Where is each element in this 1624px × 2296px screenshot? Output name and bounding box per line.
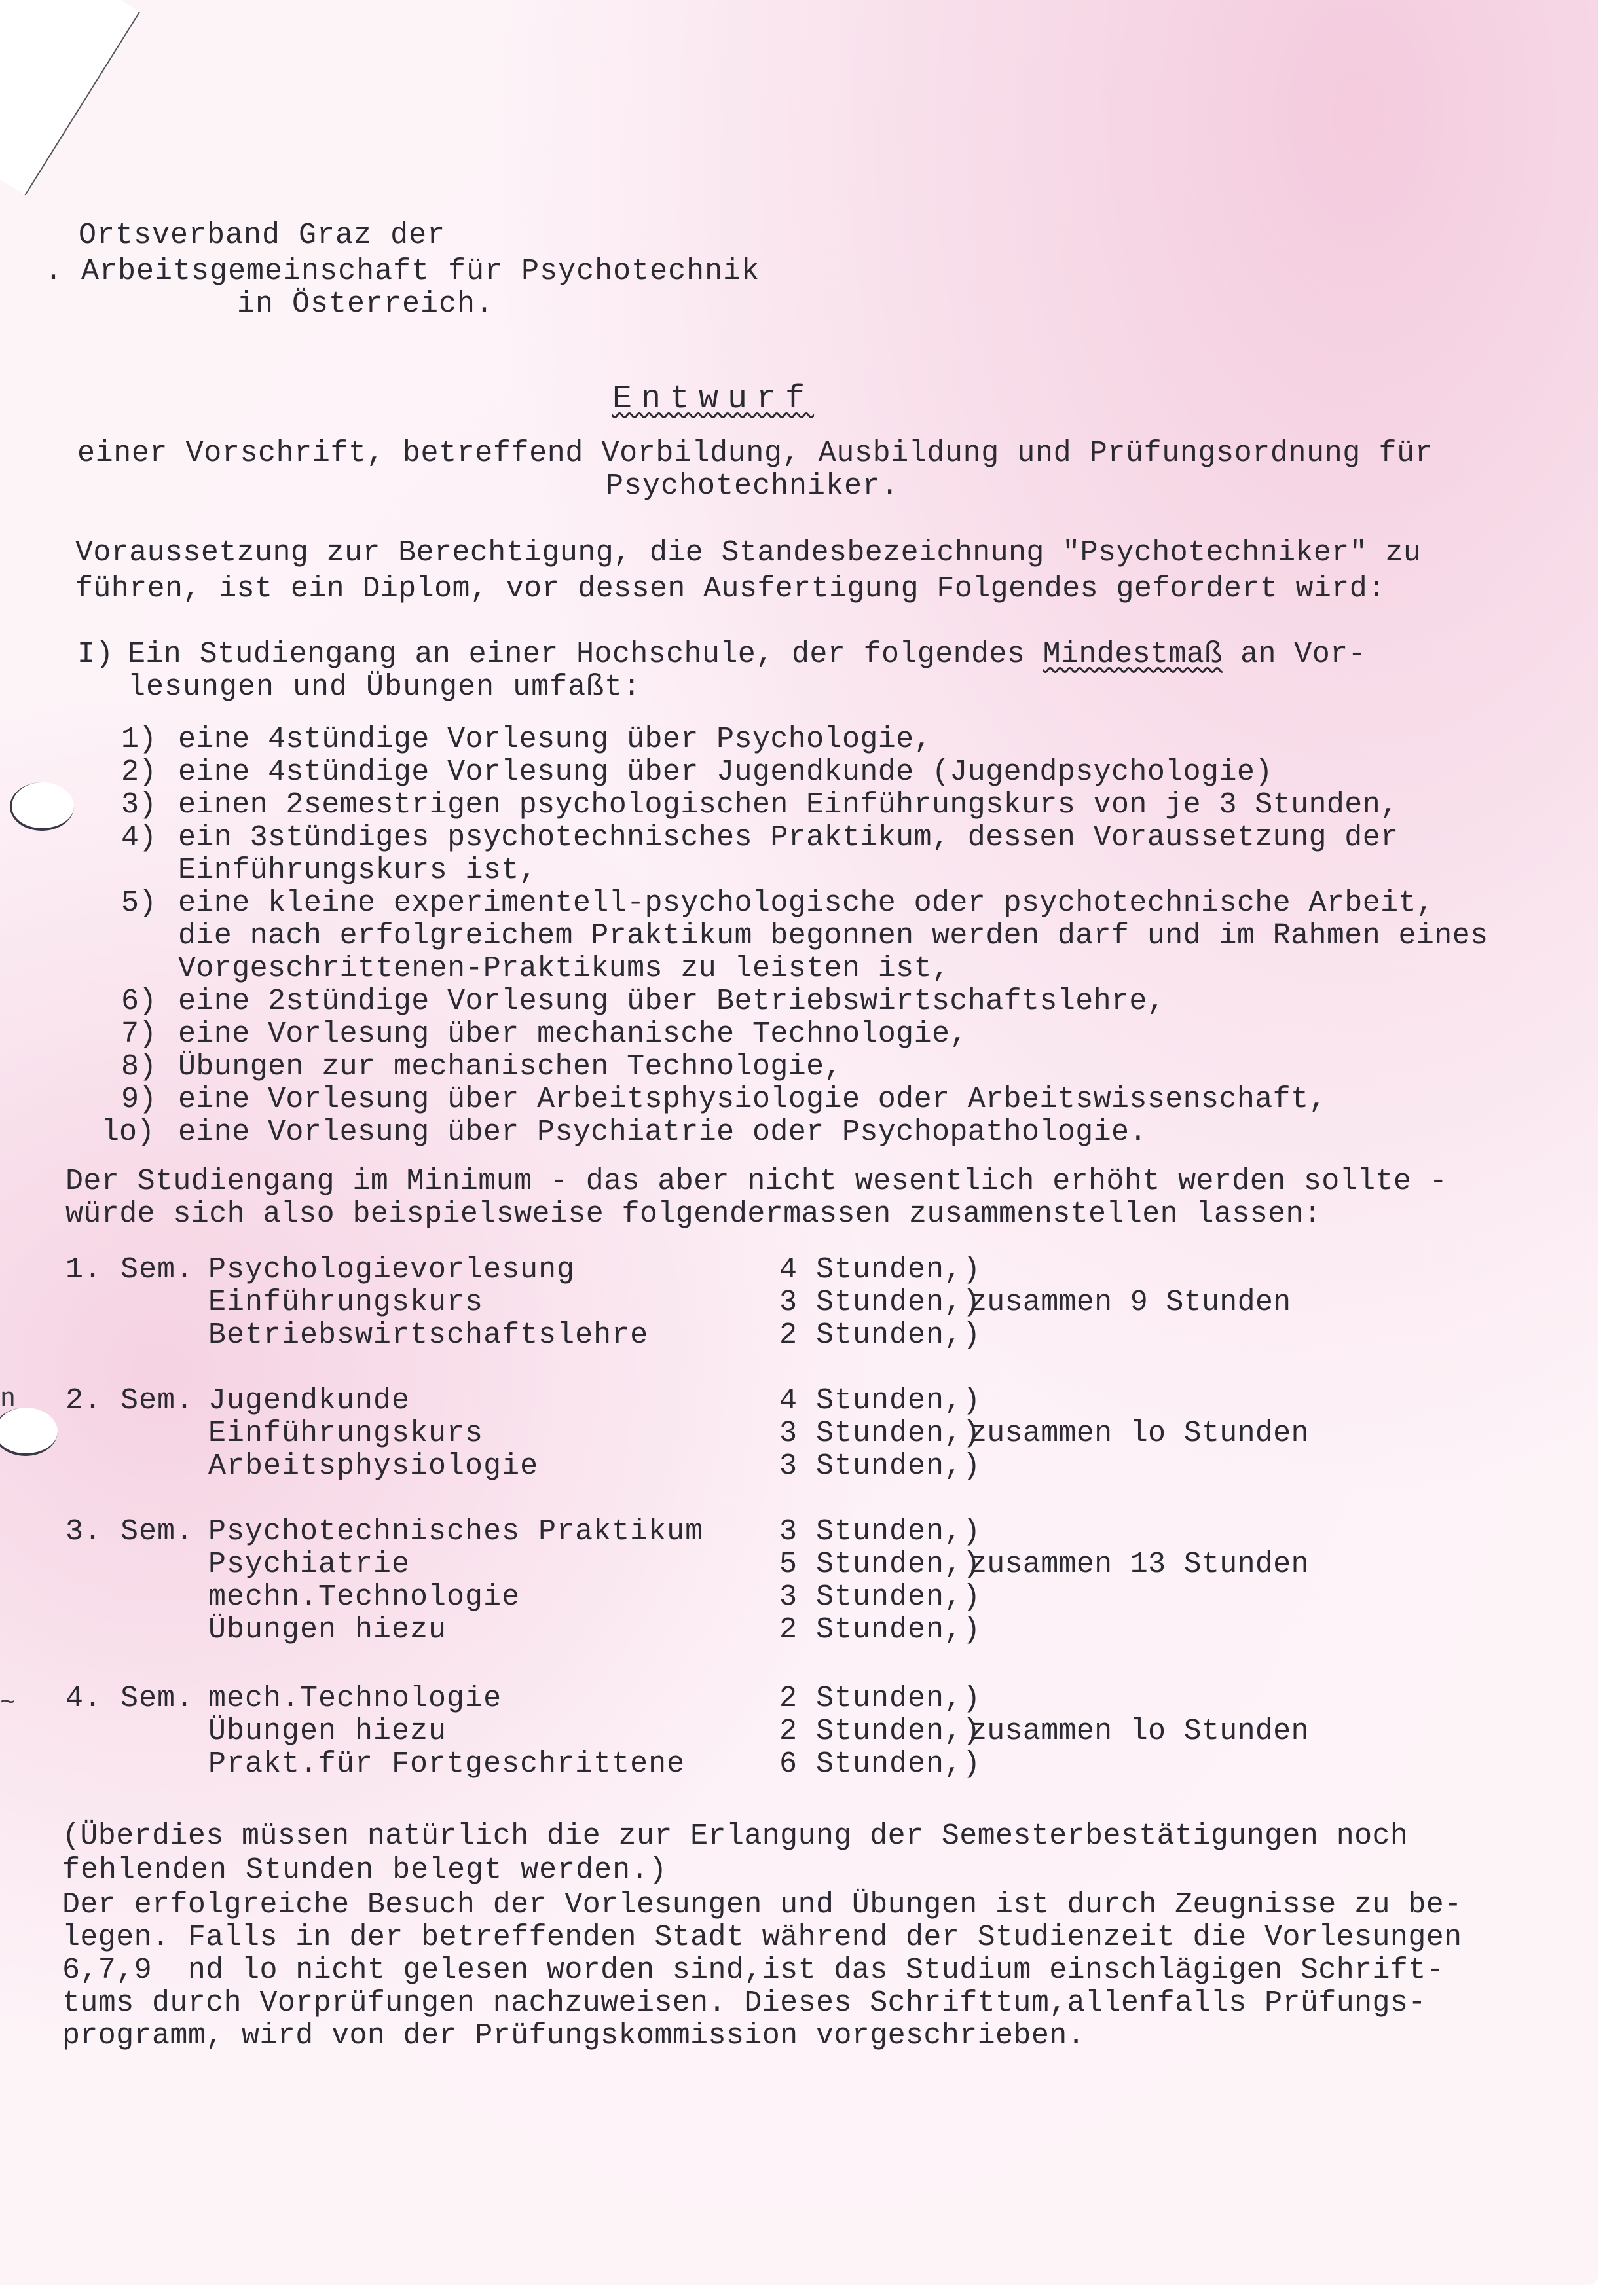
- list-item-number: 8): [121, 1051, 157, 1084]
- intro-line: Voraussetzung zur Berechtigung, die Stan…: [75, 537, 1421, 570]
- title-heading: Entwurf: [612, 383, 814, 416]
- course-name: Übungen hiezu: [208, 1614, 447, 1647]
- margin-mark: n: [0, 1385, 16, 1414]
- semester-total: zusammen lo Stunden: [969, 1417, 1309, 1450]
- title-subtitle: einer Vorschrift, betreffend Vorbildung,…: [77, 437, 1433, 470]
- list-item-text: eine kleine experimentell-psychologische…: [178, 887, 1434, 920]
- punch-hole-top: [10, 782, 74, 831]
- course-name: Übungen hiezu: [208, 1715, 447, 1748]
- semester-total: zusammen 9 Stunden: [969, 1286, 1291, 1319]
- semester-label: 3. Sem.: [65, 1516, 194, 1548]
- list-item-number: lo): [101, 1116, 155, 1149]
- semester-total: zusammen lo Stunden: [969, 1715, 1309, 1748]
- course-hours: 2 Stunden,): [779, 1319, 981, 1352]
- list-item-text: Vorgeschrittenen-Praktikums zu leisten i…: [178, 953, 950, 985]
- course-name: Psychologievorlesung: [208, 1254, 575, 1286]
- course-name: Arbeitsphysiologie: [208, 1450, 538, 1483]
- course-name: Einführungskurs: [208, 1286, 483, 1319]
- course-hours: 2 Stunden,): [779, 1715, 981, 1748]
- course-hours: 4 Stunden,): [779, 1254, 981, 1286]
- paragraph-line: programm, wird von der Prüfungskommissio…: [62, 2020, 1085, 2052]
- course-hours: 3 Stunden,): [779, 1516, 981, 1548]
- course-hours: 3 Stunden,): [779, 1581, 981, 1614]
- course-name: Einführungskurs: [208, 1417, 483, 1450]
- section-text: an Vor-: [1223, 638, 1366, 671]
- course-hours: 4 Stunden,): [779, 1385, 981, 1417]
- list-item-number: 3): [121, 789, 157, 822]
- margin-mark: ~: [0, 1689, 16, 1719]
- course-name: Jugendkunde: [208, 1385, 410, 1417]
- paragraph-line: tums durch Vorprüfungen nachzuweisen. Di…: [62, 1987, 1426, 2020]
- list-item-number: 1): [121, 723, 157, 756]
- list-item-text: eine Vorlesung über mechanische Technolo…: [178, 1018, 968, 1051]
- course-hours: 2 Stunden,): [779, 1614, 981, 1647]
- note-line: (Überdies müssen natürlich die zur Erlan…: [62, 1820, 1408, 1853]
- section-text: Ein Studiengang an einer Hochschule, der…: [128, 638, 1043, 671]
- semester-label: 2. Sem.: [65, 1385, 194, 1417]
- paragraph-line: Der erfolgreiche Besuch der Vorlesungen …: [62, 1889, 1462, 1922]
- list-item-text: einen 2semestrigen psychologischen Einfü…: [178, 789, 1399, 822]
- section-number: I): [77, 638, 114, 671]
- list-item-text: eine 4stündige Vorlesung über Psychologi…: [178, 723, 932, 756]
- course-name: Psychotechnisches Praktikum: [208, 1516, 703, 1548]
- list-item-number: 6): [121, 985, 157, 1018]
- course-hours: 5 Stunden,): [779, 1548, 981, 1581]
- list-item-number: 5): [121, 887, 157, 920]
- list-item-text: eine 2stündige Vorlesung über Betriebswi…: [178, 985, 1165, 1018]
- header-line: . Arbeitsgemeinschaft für Psychotechnik: [45, 255, 760, 288]
- paragraph-line: 6,7,9 nd lo nicht gelesen worden sind,is…: [62, 1954, 1444, 1987]
- list-item-number: 9): [121, 1084, 157, 1116]
- header-line: Ortsverband Graz der: [79, 219, 445, 252]
- course-name: Betriebswirtschaftslehre: [208, 1319, 648, 1352]
- list-item-text: eine Vorlesung über Psychiatrie oder Psy…: [178, 1116, 1147, 1149]
- course-name: Psychiatrie: [208, 1548, 410, 1581]
- title-subtitle: Psychotechniker.: [606, 470, 899, 503]
- course-hours: 3 Stunden,): [779, 1450, 981, 1483]
- emphasized-word: Mindestmaß: [1043, 638, 1223, 671]
- course-hours: 2 Stunden,): [779, 1683, 981, 1715]
- course-hours: 6 Stunden,): [779, 1748, 981, 1781]
- semester-label: 1. Sem.: [65, 1254, 194, 1286]
- list-item-number: 2): [121, 756, 157, 789]
- intro-line: führen, ist ein Diplom, vor dessen Ausfe…: [75, 573, 1386, 606]
- paragraph-line: legen. Falls in der betreffenden Stadt w…: [62, 1922, 1462, 1954]
- course-name: Prakt.für Fortgeschrittene: [208, 1748, 685, 1781]
- course-name: mechn.Technologie: [208, 1581, 520, 1614]
- section-line: Ein Studiengang an einer Hochschule, der…: [128, 638, 1366, 671]
- list-item-text: eine Vorlesung über Arbeitsphysiologie o…: [178, 1084, 1327, 1116]
- minimum-line: Der Studiengang im Minimum - das aber ni…: [65, 1165, 1447, 1198]
- course-hours: 3 Stunden,): [779, 1417, 981, 1450]
- section-line: lesungen und Übungen umfaßt:: [128, 671, 641, 704]
- list-item-number: 4): [121, 822, 157, 854]
- header-line: in Österreich.: [237, 288, 494, 321]
- list-item-text: Einführungskurs ist,: [178, 854, 537, 887]
- list-item-text: ein 3stündiges psychotechnisches Praktik…: [178, 822, 1399, 854]
- minimum-line: würde sich also beispielsweise folgender…: [65, 1198, 1321, 1231]
- semester-total: zusammen 13 Stunden: [969, 1548, 1309, 1581]
- note-line: fehlenden Stunden belegt werden.): [62, 1854, 667, 1887]
- list-item-text: eine 4stündige Vorlesung über Jugendkund…: [178, 756, 1273, 789]
- course-hours: 3 Stunden,): [779, 1286, 981, 1319]
- list-item-text: die nach erfolgreichem Praktikum begonne…: [178, 920, 1488, 953]
- semester-label: 4. Sem.: [65, 1683, 194, 1715]
- list-item-text: Übungen zur mechanischen Technologie,: [178, 1051, 842, 1084]
- list-item-number: 7): [121, 1018, 157, 1051]
- course-name: mech.Technologie: [208, 1683, 502, 1715]
